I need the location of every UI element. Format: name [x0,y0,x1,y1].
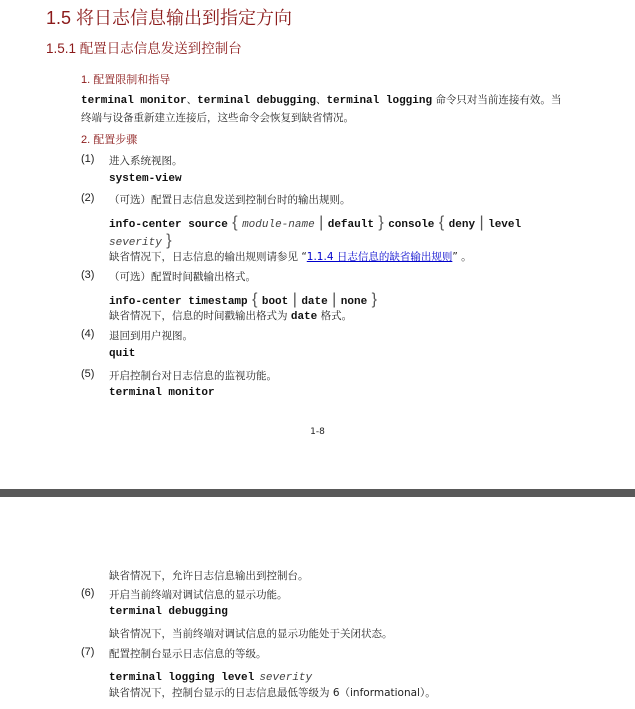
brace: { [248,291,262,308]
step-description: 退回到用户视图。 [109,328,193,343]
cmd-keyword: default [328,219,374,231]
cmd-terminal-logging: terminal logging [326,95,432,107]
cmd-keyword: info-center timestamp [109,296,248,308]
cmd-keyword: level [488,219,521,231]
step-number: (7) [81,646,94,658]
cmd-keyword: terminal logging level [109,672,254,684]
step-number: (3) [81,269,94,281]
step-command: system-view [109,173,182,185]
step-command: terminal logging level severity [109,665,312,684]
cmd-argument: module-name [242,219,315,231]
step-note: 缺省情况下，日志信息的输出规则请参见 “1.1.4 日志信息的缺省输出规则” 。 [109,249,472,264]
note-text: 缺省情况下，信息的时间戳输出格式为 [109,310,291,322]
cmd-keyword: deny [449,219,475,231]
guidance-line-2: 终端与设备重新建立连接后，这些命令会恢复到缺省情况。 [81,110,354,125]
bar: | [315,214,328,231]
step-command-cont: severity } [109,230,172,250]
step-note: 缺省情况下，当前终端对调试信息的显示功能处于关闭状态。 [109,626,393,641]
step-description: 配置控制台显示日志信息的等级。 [109,646,267,661]
step-command: terminal debugging [109,606,228,618]
brace: { [434,214,448,231]
cmd-argument: severity [259,672,312,684]
step-description: 进入系统视图。 [109,153,183,168]
cmd-terminal-monitor: terminal monitor [81,95,187,107]
step-command: info-center source { module-name | defau… [109,212,521,232]
cmd-keyword: none [341,296,367,308]
step-number: (2) [81,192,94,204]
guidance-heading: 1. 配置限制和指导 [81,71,170,87]
step-description: 开启当前终端对调试信息的显示功能。 [109,587,288,602]
cmd-terminal-debugging: terminal debugging [197,95,316,107]
cmd-keyword: boot [262,296,288,308]
step-command: terminal monitor [109,387,215,399]
step-note: 缺省情况下，控制台显示的日志信息最低等级为 6（informational）。 [109,685,436,700]
separator: 、 [316,94,327,106]
cmd-keyword: console [388,219,434,231]
step-number: (6) [81,587,94,599]
step-description: 开启控制台对日志信息的监视功能。 [109,368,277,383]
note-text: ” 。 [452,251,471,263]
guidance-line-1: terminal monitor、terminal debugging、term… [81,92,561,107]
brace: { [228,214,242,231]
step-description: （可选）配置时间戳输出格式。 [109,269,256,284]
bar: | [328,291,341,308]
note-text: 缺省情况下，日志信息的输出规则请参见 “ [109,251,307,263]
step-description: （可选）配置日志信息发送到控制台时的输出规则。 [109,192,351,207]
step-note: 缺省情况下，信息的时间戳输出格式为 date 格式。 [109,308,352,323]
cmd-keyword: date [301,296,327,308]
bar: | [288,291,301,308]
brace: } [162,232,172,249]
page-number: 1-8 [0,427,635,437]
section-title: 1.5 将日志信息输出到指定方向 [46,4,292,30]
separator: 、 [187,94,198,106]
step-command: quit [109,348,135,360]
subsection-title: 1.5.1 配置日志信息发送到控制台 [46,37,242,57]
page-separator [0,489,635,497]
cmd-argument: severity [109,237,162,249]
cmd-keyword: date [291,311,317,323]
step-number: (4) [81,328,94,340]
steps-heading: 2. 配置步骤 [81,131,137,147]
default-output-rules-link[interactable]: 1.1.4 日志信息的缺省输出规则 [307,251,453,263]
brace: } [374,214,388,231]
step-number: (5) [81,368,94,380]
step-number: (1) [81,153,94,165]
step-note: 缺省情况下，允许日志信息输出到控制台。 [109,568,309,583]
note-text: 格式。 [317,310,352,322]
step-command: info-center timestamp { boot | date | no… [109,289,377,309]
brace: } [367,291,377,308]
bar: | [475,214,488,231]
guidance-text: 命令只对当前连接有效。当 [432,94,561,106]
